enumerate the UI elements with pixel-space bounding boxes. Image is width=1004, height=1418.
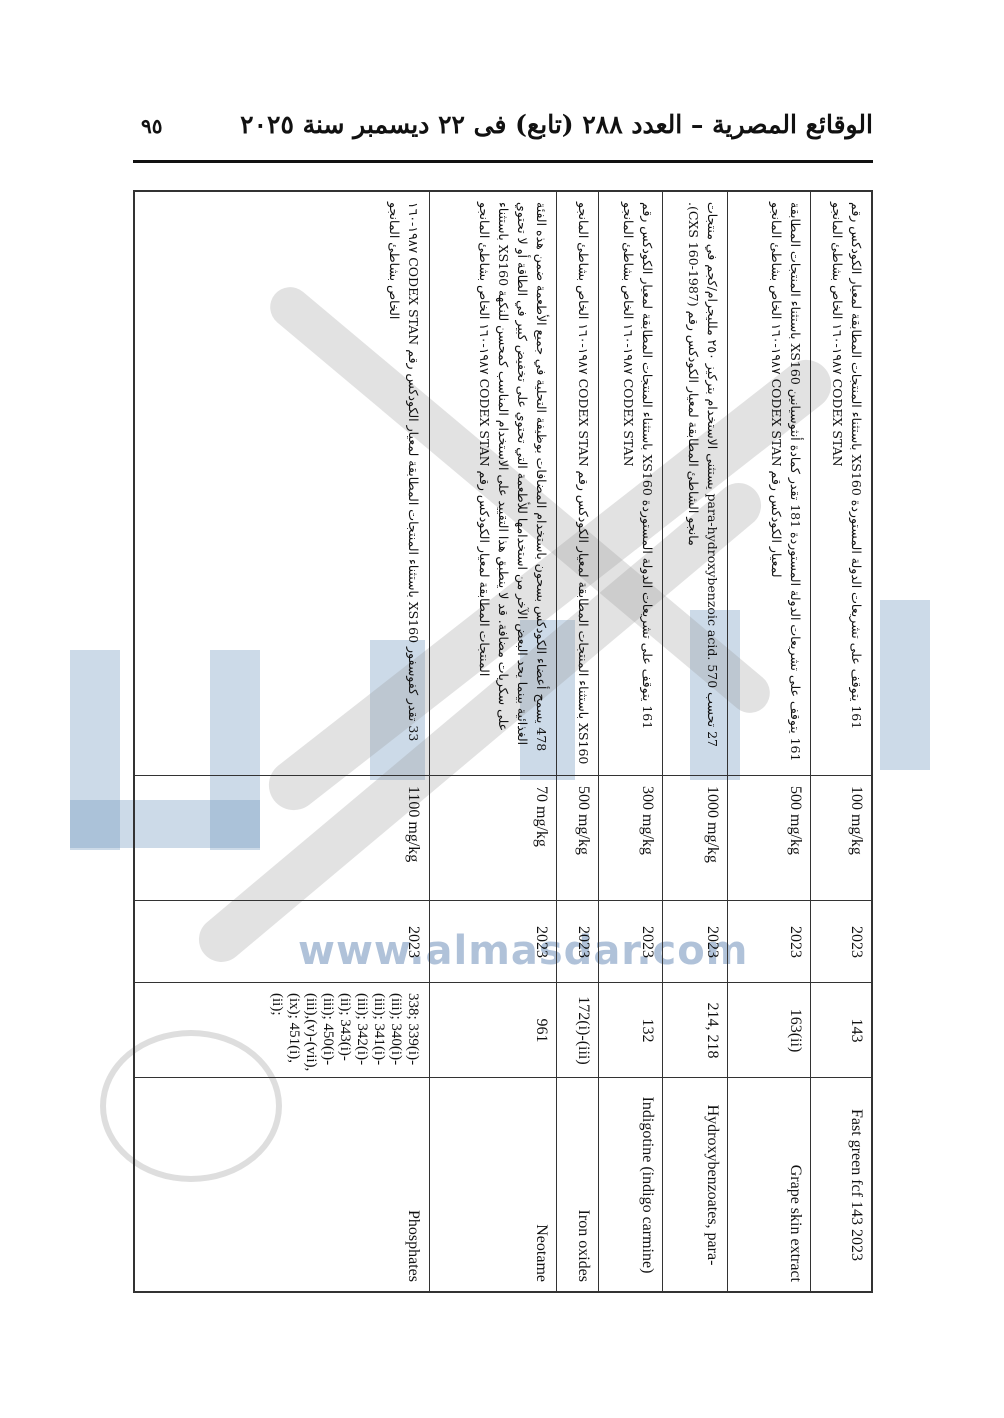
ins-number-text: 172(i)-(iii) xyxy=(574,993,593,1068)
additives-table: 161 يتوقف على تشريعات الدولة المستوردة X… xyxy=(133,190,873,1293)
year-text: 2023 xyxy=(786,911,805,973)
table-row: 478 يسمح أعضاء الكودكس بسحون باستخدام ال… xyxy=(429,192,556,1291)
cell-year: 2023 xyxy=(599,900,662,982)
notes-text: 478 يسمح أعضاء الكودكس بسحون باستخدام ال… xyxy=(475,202,551,765)
cell-year: 2023 xyxy=(557,900,598,982)
gazette-title: الوقائع المصرية – العدد ٢٨٨ (تابع) فى ٢٢… xyxy=(240,110,873,139)
cell-additive: Fast green fcf 143 2023 xyxy=(811,1077,871,1291)
cell-max-level: 1000 mg/kg xyxy=(663,775,727,900)
cell-max-level: 1100 mg/kg xyxy=(135,775,429,900)
additive-text: Neotame xyxy=(532,1088,551,1282)
cell-max-level: 500 mg/kg xyxy=(557,775,598,900)
notes-text: 161 يتوقف على تشريعات الدولة المستوردة 1… xyxy=(767,202,805,765)
max-level-text: 300 mg/kg xyxy=(638,786,657,891)
notes-text: 161 يتوقف على تشريعات الدولة المستوردة X… xyxy=(619,202,657,765)
notes-text: 27 تحسب para-hydroxybenzoic acid. 570 يس… xyxy=(684,202,722,765)
cell-ins-number: 214, 218 xyxy=(663,982,727,1077)
additive-text: Grape skin extract xyxy=(786,1088,805,1282)
cell-notes: 33 تقدر كفوسفور XS160 باستثناء المنتجات … xyxy=(135,192,429,775)
cell-notes: 161 يتوقف على تشريعات الدولة المستوردة X… xyxy=(811,192,871,775)
max-level-text: 1000 mg/kg xyxy=(703,786,722,891)
max-level-text: 1100 mg/kg xyxy=(404,786,423,891)
year-text: 2023 xyxy=(703,911,722,973)
additive-text: Phosphates xyxy=(404,1088,423,1282)
table-row: 27 تحسب para-hydroxybenzoic acid. 570 يس… xyxy=(662,192,727,1291)
ins-number-text: 132 xyxy=(638,993,657,1068)
year-text: 2023 xyxy=(574,911,593,973)
year-text: 2023 xyxy=(532,911,551,973)
cell-notes: 161 يتوقف على تشريعات الدولة المستوردة X… xyxy=(599,192,662,775)
notes-text: XS160 باستثناء المنتجات المطابقة لمعيار … xyxy=(574,202,593,765)
cell-ins-number: 338; 339(i)-(iii); 340(i)-(iii); 341(i)-… xyxy=(135,982,429,1077)
cell-additive: Grape skin extract xyxy=(728,1077,810,1291)
ins-number-text: 338; 339(i)-(iii); 340(i)-(iii); 341(i)-… xyxy=(268,993,421,1076)
watermark-band xyxy=(880,600,930,770)
ins-number-text: 143 xyxy=(847,993,866,1068)
table-row: 33 تقدر كفوسفور XS160 باستثناء المنتجات … xyxy=(135,192,429,1291)
ins-number-text: 163(ii) xyxy=(786,993,805,1068)
cell-additive: Hydroxybenzoates, para- xyxy=(663,1077,727,1291)
cell-additive: Indigotine (indigo carmine) xyxy=(599,1077,662,1291)
cell-ins-number: 143 xyxy=(811,982,871,1077)
cell-year: 2023 xyxy=(663,900,727,982)
cell-notes: XS160 باستثناء المنتجات المطابقة لمعيار … xyxy=(557,192,598,775)
year-text: 2023 xyxy=(404,911,423,973)
cell-ins-number: 163(ii) xyxy=(728,982,810,1077)
cell-ins-number: 132 xyxy=(599,982,662,1077)
year-text: 2023 xyxy=(847,911,866,973)
cell-max-level: 300 mg/kg xyxy=(599,775,662,900)
page-header: الوقائع المصرية – العدد ٢٨٨ (تابع) فى ٢٢… xyxy=(133,108,873,148)
table-row: XS160 باستثناء المنتجات المطابقة لمعيار … xyxy=(556,192,598,1291)
additive-text: Indigotine (indigo carmine) xyxy=(638,1088,657,1282)
cell-max-level: 70 mg/kg xyxy=(430,775,556,900)
table-row: 161 يتوقف على تشريعات الدولة المستوردة X… xyxy=(598,192,662,1291)
cell-year: 2023 xyxy=(135,900,429,982)
additive-text: Iron oxides xyxy=(574,1088,593,1282)
max-level-text: 500 mg/kg xyxy=(574,786,593,891)
cell-max-level: 500 mg/kg xyxy=(728,775,810,900)
cell-additive: Iron oxides xyxy=(557,1077,598,1291)
additive-text: Fast green fcf 143 2023 xyxy=(847,1088,866,1282)
cell-notes: 27 تحسب para-hydroxybenzoic acid. 570 يس… xyxy=(663,192,727,775)
max-level-text: 500 mg/kg xyxy=(786,786,805,891)
header-divider xyxy=(133,160,873,163)
max-level-text: 70 mg/kg xyxy=(532,786,551,891)
notes-text: 161 يتوقف على تشريعات الدولة المستوردة X… xyxy=(828,202,866,765)
cell-year: 2023 xyxy=(430,900,556,982)
year-text: 2023 xyxy=(638,911,657,973)
cell-year: 2023 xyxy=(728,900,810,982)
table-row: 161 يتوقف على تشريعات الدولة المستوردة X… xyxy=(810,192,871,1291)
cell-ins-number: 961 xyxy=(430,982,556,1077)
max-level-text: 100 mg/kg xyxy=(847,786,866,891)
page-number: ٩٥ xyxy=(141,114,162,138)
table-row: 161 يتوقف على تشريعات الدولة المستوردة 1… xyxy=(727,192,810,1291)
notes-text: 33 تقدر كفوسفور XS160 باستثناء المنتجات … xyxy=(385,202,423,765)
cell-notes: 478 يسمح أعضاء الكودكس بسحون باستخدام ال… xyxy=(430,192,556,775)
cell-notes: 161 يتوقف على تشريعات الدولة المستوردة 1… xyxy=(728,192,810,775)
cell-ins-number: 172(i)-(iii) xyxy=(557,982,598,1077)
cell-max-level: 100 mg/kg xyxy=(811,775,871,900)
cell-additive: Phosphates xyxy=(135,1077,429,1291)
additive-text: Hydroxybenzoates, para- xyxy=(703,1088,722,1282)
cell-additive: Neotame xyxy=(430,1077,556,1291)
watermark-band xyxy=(70,650,120,850)
ins-number-text: 961 xyxy=(532,993,551,1068)
cell-year: 2023 xyxy=(811,900,871,982)
ins-number-text: 214, 218 xyxy=(703,993,722,1068)
